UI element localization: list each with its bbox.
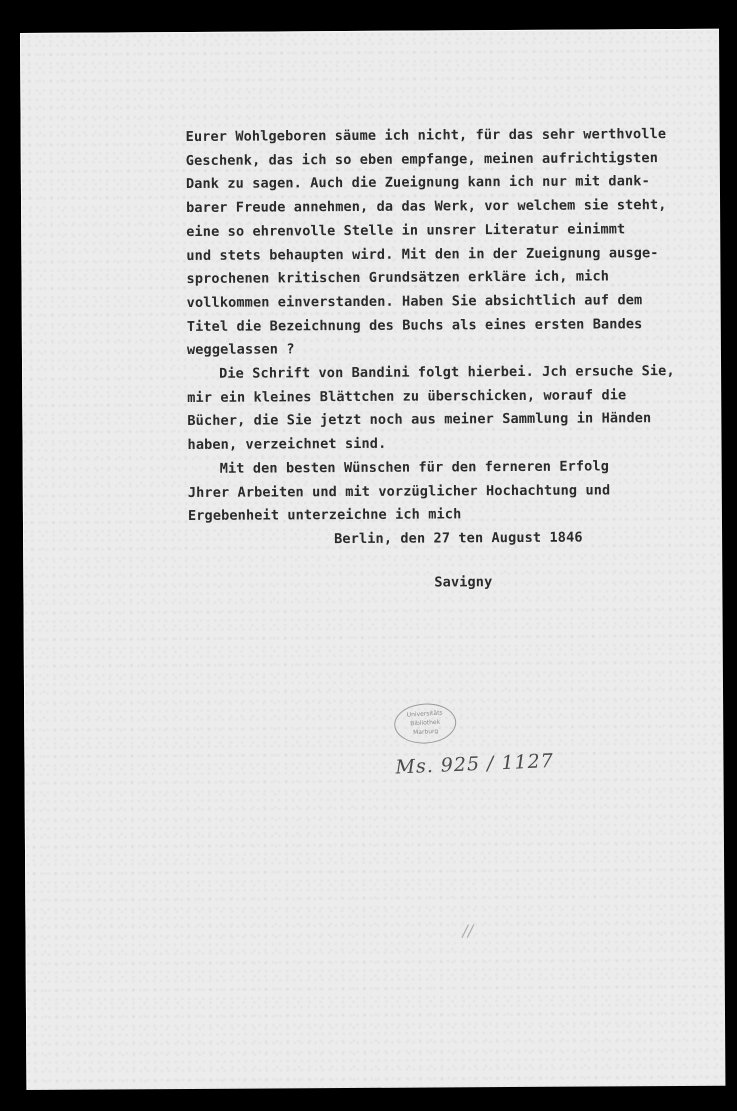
letter-line: Ergebenheit unterzeichne ich mich bbox=[188, 502, 688, 529]
letter-line: Geschenk, das ich so eben empfange, mein… bbox=[186, 147, 686, 174]
library-stamp: Universitäts Bibliothek Marburg bbox=[393, 702, 457, 746]
letter-line: Eurer Wohlgeboren säume ich nicht, für d… bbox=[186, 123, 686, 150]
letter-body: Eurer Wohlgeboren säume ich nicht, für d… bbox=[186, 123, 689, 596]
letter-line: Dank zu sagen. Auch die Zueignung kann i… bbox=[186, 170, 686, 197]
pencil-mark: // bbox=[462, 921, 473, 940]
shelfmark: Ms. 925 / 1127 bbox=[395, 750, 554, 778]
letter-line: Jhrer Arbeiten und mit vorzüglicher Hoch… bbox=[188, 478, 688, 505]
letter-line: Mit den besten Wünschen für den ferneren… bbox=[188, 455, 688, 482]
place-date: Berlin, den 27 ten August 1846 bbox=[188, 526, 688, 553]
letter-line: mir ein kleines Blättchen zu überschicke… bbox=[187, 384, 687, 411]
letter-line: sprochenen kritischen Grundsätzen erklär… bbox=[186, 265, 686, 292]
letter-line: haben, verzeichnet sind. bbox=[187, 431, 687, 458]
letter-line: Titel die Bezeichnung des Buchs als eine… bbox=[187, 313, 687, 340]
letter-line: barer Freude annehmen, da das Werk, vor … bbox=[186, 194, 686, 221]
letter-line: Bücher, die Sie jetzt noch aus meiner Sa… bbox=[187, 407, 687, 434]
letter-line: weggelassen ? bbox=[187, 336, 687, 363]
letter-line: Die Schrift von Bandini folgt hierbei. J… bbox=[187, 360, 687, 387]
signature: Savigny bbox=[188, 570, 688, 597]
letter-line: und stets behaupten wird. Mit den in der… bbox=[186, 241, 686, 268]
letter-line: eine so ehrenvolle Stelle in unsrer Lite… bbox=[186, 218, 686, 245]
letter-line: vollkommen einverstanden. Haben Sie absi… bbox=[187, 289, 687, 316]
document-page: Eurer Wohlgeboren säume ich nicht, für d… bbox=[20, 29, 725, 1090]
